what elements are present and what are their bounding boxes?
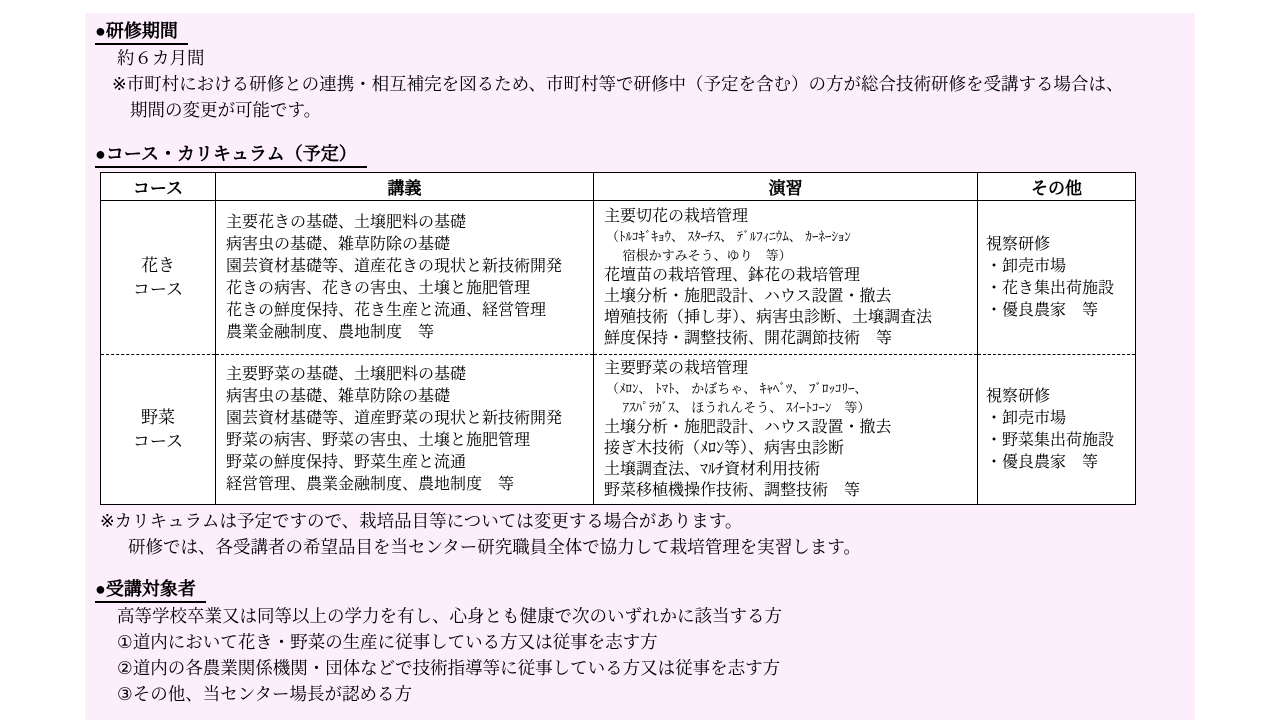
header-practice: 演習: [594, 173, 978, 201]
vegetable-lecture-cell: 主要野菜の基礎、土壌肥料の基礎 病害虫の基礎、雑草防除の基礎 園芸資材基礎等、道…: [216, 355, 594, 505]
audience-item-3: ③その他、当センター場長が認める方: [117, 681, 1195, 707]
vegetable-practice-cell: 主要野菜の栽培管理 （ﾒﾛﾝ、 ﾄﾏﾄ、 かぼちゃ、 ｷｬﾍﾞﾂ、 ﾌﾞﾛｯｺﾘ…: [594, 355, 978, 505]
section-curriculum: ●コース・カリキュラム（予定） コース 講義 演習 その他 花き コース 主要花…: [85, 143, 1195, 560]
curriculum-note1: ※カリキュラムは予定ですので、栽培品目等については変更する場合があります。: [100, 508, 1195, 534]
curriculum-note2: 研修では、各受講者の希望品目を当センター研究職員全体で協力して栽培管理を実習しま…: [128, 534, 1195, 560]
vegetable-other-lines: 視察研修 ・卸売市場 ・野菜集出荷施設 ・優良農家 等: [986, 386, 1133, 474]
document-panel: ●研修期間 約６カ月間 ※市町村における研修との連携・相互補完を図るため、市町村…: [85, 13, 1195, 720]
flower-lecture-cell: 主要花きの基礎、土壌肥料の基礎 病害虫の基礎、雑草防除の基礎 園芸資材基礎等、道…: [216, 201, 594, 355]
header-other: その他: [978, 173, 1136, 201]
flower-practice-varieties: （ﾄﾙｺｷﾞｷｮｳ、 ｽﾀｰﾁｽ、 ﾃﾞﾙﾌｨﾆｳﾑ、 ｶｰﾈｰｼｮﾝ 宿根かす…: [606, 227, 973, 265]
flower-lecture-lines: 主要花きの基礎、土壌肥料の基礎 病害虫の基礎、雑草防除の基礎 園芸資材基礎等、道…: [226, 212, 589, 344]
audience-heading: ●受講対象者: [95, 578, 206, 603]
vegetable-course-name: 野菜 コース: [101, 355, 216, 505]
vegetable-practice-rest: 土壌分析・施肥設計、ハウス設置・撤去 接ぎ木技術（ﾒﾛﾝ等）、病害虫診断 土壌調…: [604, 417, 973, 501]
vegetable-other-cell: 視察研修 ・卸売市場 ・野菜集出荷施設 ・優良農家 等: [978, 355, 1136, 505]
training-period-note-line1: ※市町村における研修との連携・相互補完を図るため、市町村等で研修中（予定を含む）…: [112, 71, 1195, 97]
flower-other-cell: 視察研修 ・卸売市場 ・花き集出荷施設 ・優良農家 等: [978, 201, 1136, 355]
training-period-heading: ●研修期間: [95, 20, 188, 45]
flower-practice-main: 主要切花の栽培管理: [604, 206, 973, 227]
vegetable-practice-main: 主要野菜の栽培管理: [604, 358, 973, 379]
audience-item-2: ②道内の各農業関係機関・団体などで技術指導等に従事している方又は従事を志す方: [117, 655, 1195, 681]
table-header-row: コース 講義 演習 その他: [101, 173, 1136, 201]
vegetable-lecture-lines: 主要野菜の基礎、土壌肥料の基礎 病害虫の基礎、雑草防除の基礎 園芸資材基礎等、道…: [226, 364, 589, 496]
section-audience: ●受講対象者 高等学校卒業又は同等以上の学力を有し、心身とも健康で次のいずれかに…: [85, 578, 1195, 707]
flower-course-name: 花き コース: [101, 201, 216, 355]
training-period-duration: 約６カ月間: [117, 45, 1195, 71]
table-row-flower-course: 花き コース 主要花きの基礎、土壌肥料の基礎 病害虫の基礎、雑草防除の基礎 園芸…: [101, 201, 1136, 355]
flower-other-lines: 視察研修 ・卸売市場 ・花き集出荷施設 ・優良農家 等: [986, 234, 1133, 322]
audience-item-1: ①道内において花き・野菜の生産に従事している方又は従事を志す方: [117, 629, 1195, 655]
header-course: コース: [101, 173, 216, 201]
vegetable-practice-varieties: （ﾒﾛﾝ、 ﾄﾏﾄ、 かぼちゃ、 ｷｬﾍﾞﾂ、 ﾌﾞﾛｯｺﾘｰ、 ｱｽﾊﾟﾗｶﾞ…: [606, 379, 973, 417]
training-period-note-line2: 期間の変更が可能です。: [130, 97, 1195, 123]
section-training-period: ●研修期間 約６カ月間 ※市町村における研修との連携・相互補完を図るため、市町村…: [85, 20, 1195, 123]
flower-practice-cell: 主要切花の栽培管理 （ﾄﾙｺｷﾞｷｮｳ、 ｽﾀｰﾁｽ、 ﾃﾞﾙﾌｨﾆｳﾑ、 ｶｰ…: [594, 201, 978, 355]
curriculum-heading: ●コース・カリキュラム（予定）: [95, 143, 367, 168]
flower-practice-rest: 花壇苗の栽培管理、鉢花の栽培管理 土壌分析・施肥設計、ハウス設置・撤去 増殖技術…: [604, 265, 973, 349]
header-lecture: 講義: [216, 173, 594, 201]
table-row-vegetable-course: 野菜 コース 主要野菜の基礎、土壌肥料の基礎 病害虫の基礎、雑草防除の基礎 園芸…: [101, 355, 1136, 505]
curriculum-table: コース 講義 演習 その他 花き コース 主要花きの基礎、土壌肥料の基礎 病害虫…: [100, 172, 1136, 505]
audience-intro: 高等学校卒業又は同等以上の学力を有し、心身とも健康で次のいずれかに該当する方: [117, 603, 1195, 629]
